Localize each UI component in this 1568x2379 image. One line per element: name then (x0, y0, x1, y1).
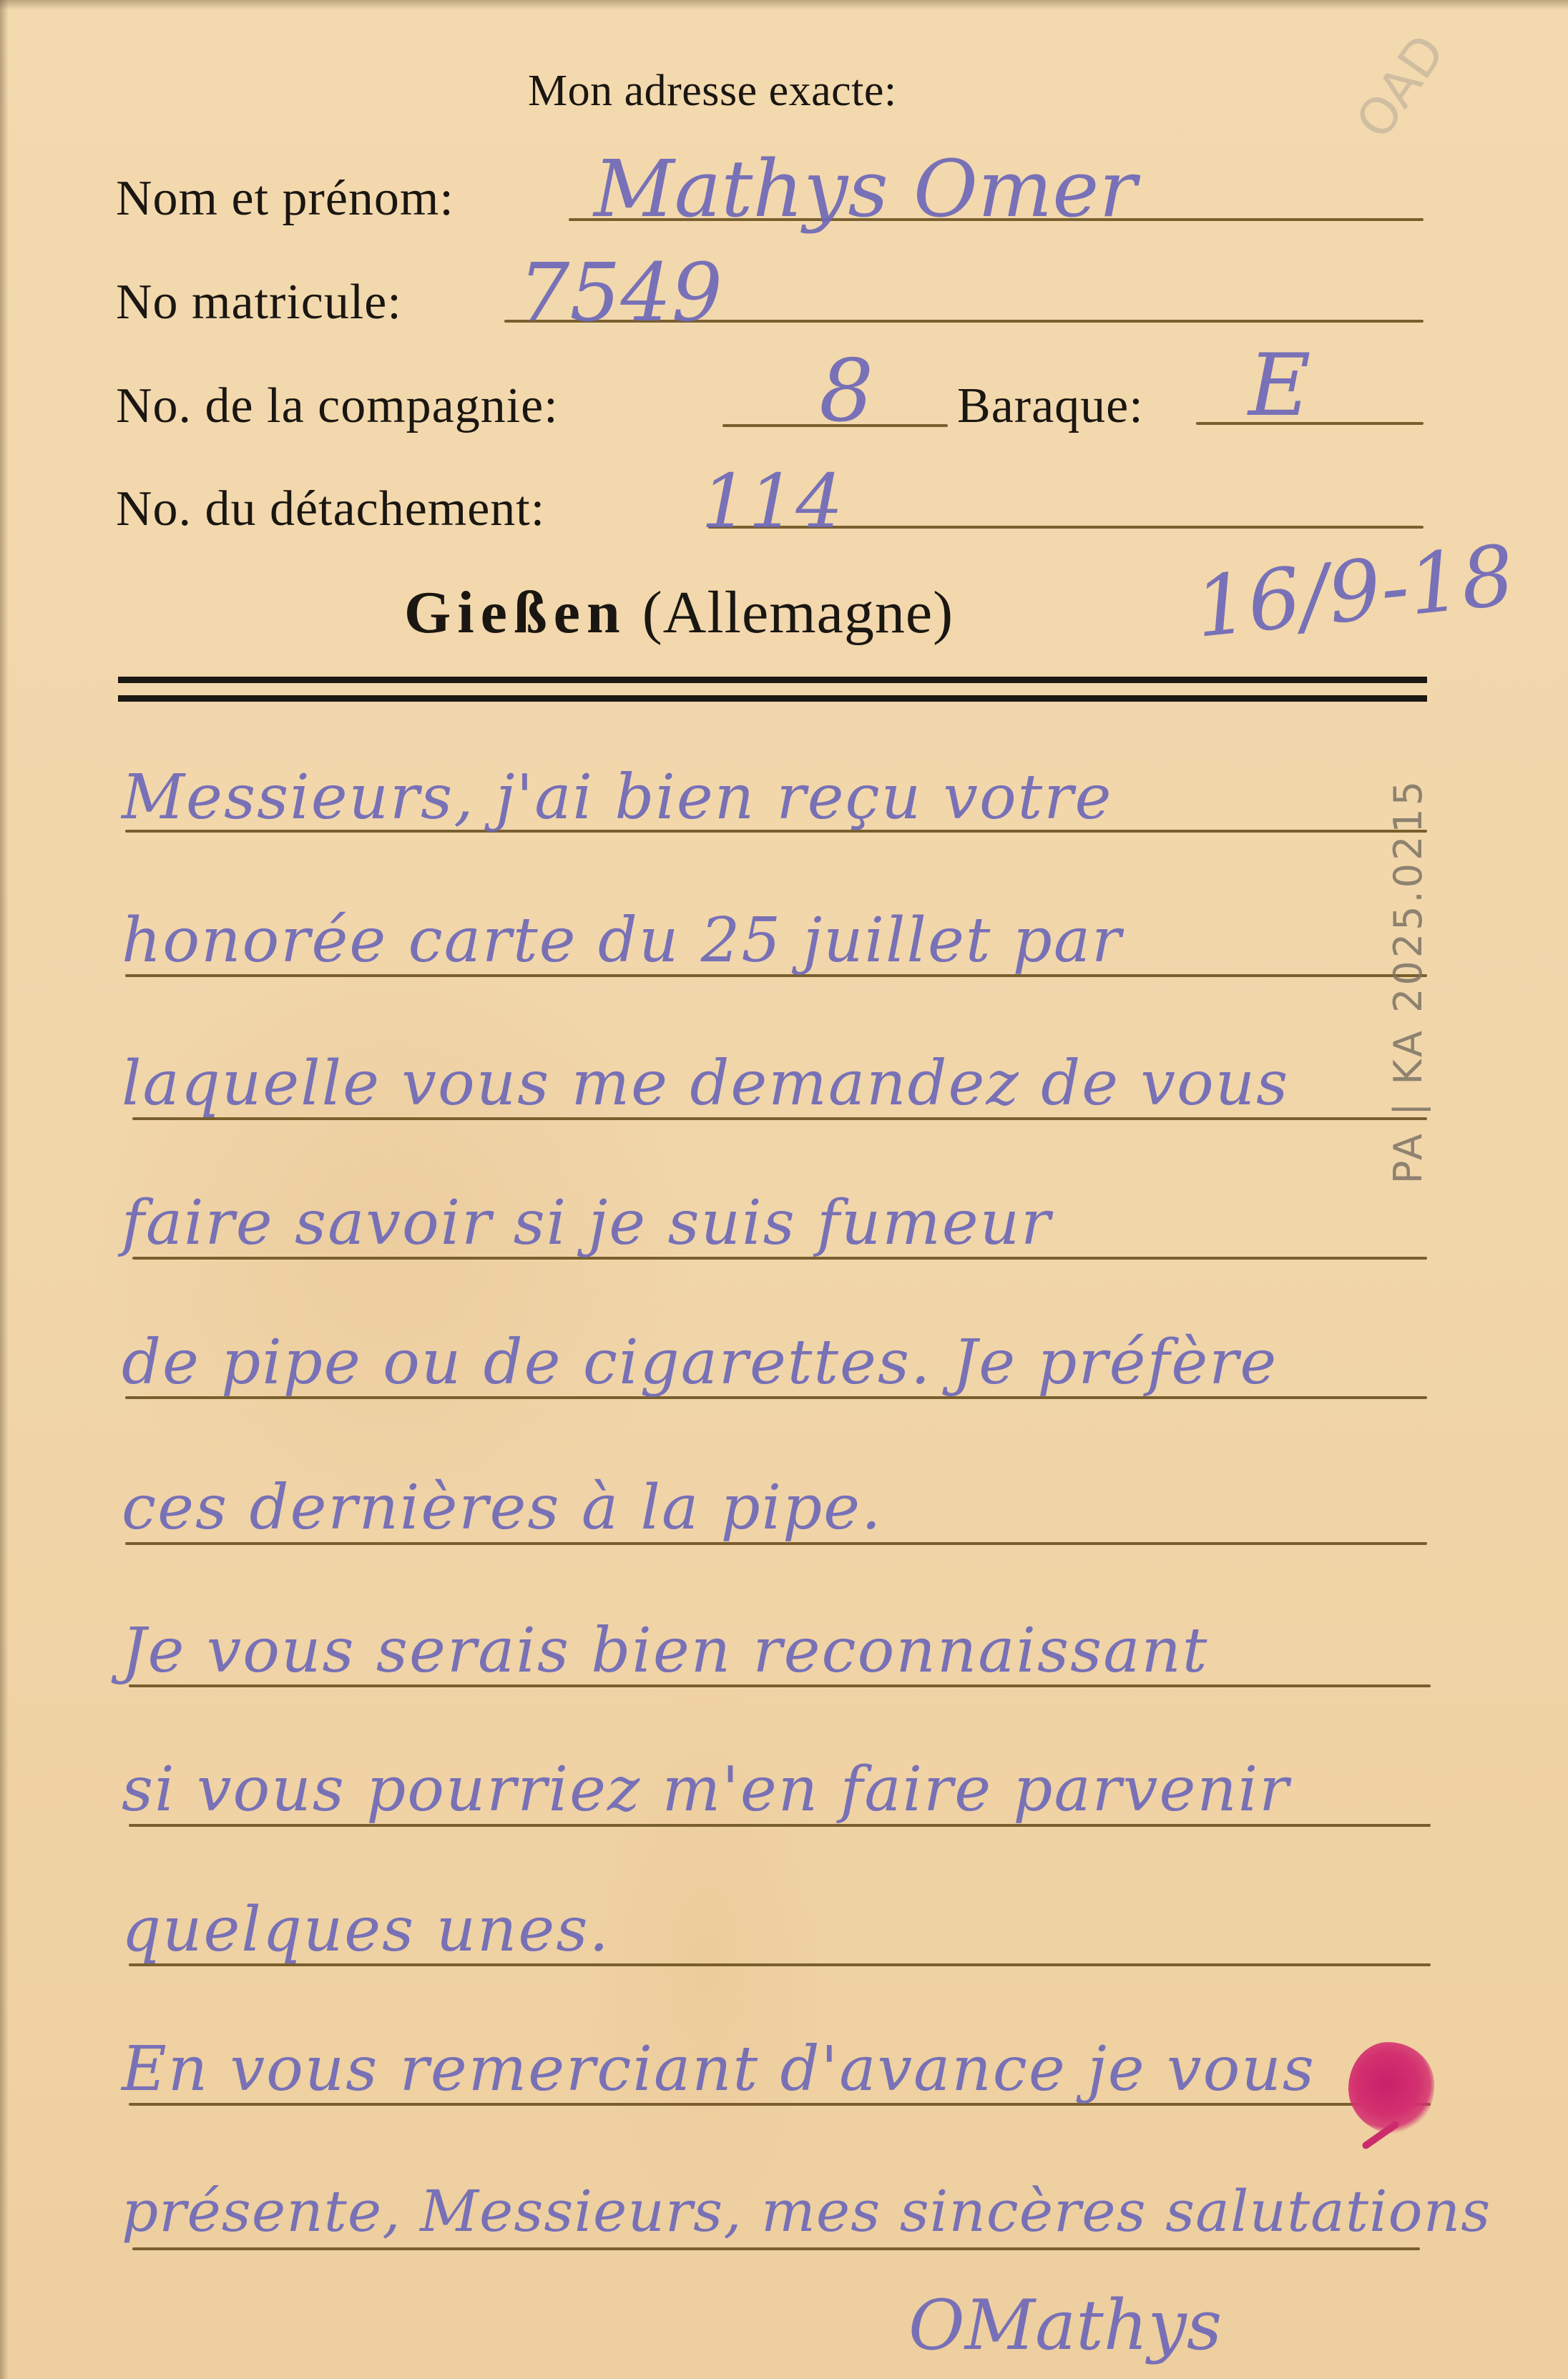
double-rule-top (118, 677, 1427, 683)
detachement-label: No. du détachement: (116, 481, 545, 538)
compagnie-label: No. de la compagnie: (116, 378, 559, 435)
matricule-label: No matricule: (116, 274, 402, 331)
letter-line: présente, Messieurs, mes sincères saluta… (122, 2178, 1491, 2245)
signature: OMathys (908, 2285, 1222, 2365)
baraque-label: Baraque: (957, 378, 1144, 435)
ink-blot (1348, 2042, 1434, 2135)
letter-line: quelques unes. (122, 1894, 610, 1966)
place-city: Gießen (404, 579, 627, 646)
date-value: 16/9-18 (1190, 527, 1519, 657)
matricule-value: 7549 (519, 247, 722, 340)
letter-line: honorée carte du 25 juillet par (122, 905, 1122, 976)
header-title: Mon adresse exacte: (528, 66, 897, 117)
letter-rule (132, 2247, 1420, 2250)
letter-line: si vous pourriez m'en faire parvenir (122, 1754, 1290, 1825)
letter-line: Je vous serais bien reconnaissant (122, 1615, 1208, 1687)
archive-annotation: PA | KA 2025.0215 (1386, 778, 1431, 1184)
place-country: (Allemagne) (642, 579, 954, 646)
faint-stamp: OAD (1345, 24, 1456, 149)
name-value: Mathys Omer (594, 143, 1137, 235)
letter-line: Messieurs, j'ai bien reçu votre (122, 762, 1112, 833)
postcard: OAD Mon adresse exacte: Nom et prénom: M… (0, 0, 1568, 2379)
letter-line: En vous remerciant d'avance je vous (122, 2034, 1315, 2105)
double-rule-bottom (118, 695, 1427, 702)
compagnie-value: 8 (819, 342, 873, 441)
detachement-value: 114 (701, 458, 843, 545)
letter-line: laquelle vous me demandez de vous (122, 1048, 1289, 1119)
baraque-value: E (1248, 336, 1311, 436)
letter-line: de pipe ou de cigarettes. Je préfère (122, 1327, 1278, 1398)
letter-line: faire savoir si je suis fumeur (122, 1187, 1052, 1259)
letter-line: ces dernières à la pipe. (122, 1472, 882, 1544)
place-line: Gießen (Allemagne) (404, 578, 954, 647)
name-label: Nom et prénom: (116, 170, 454, 227)
